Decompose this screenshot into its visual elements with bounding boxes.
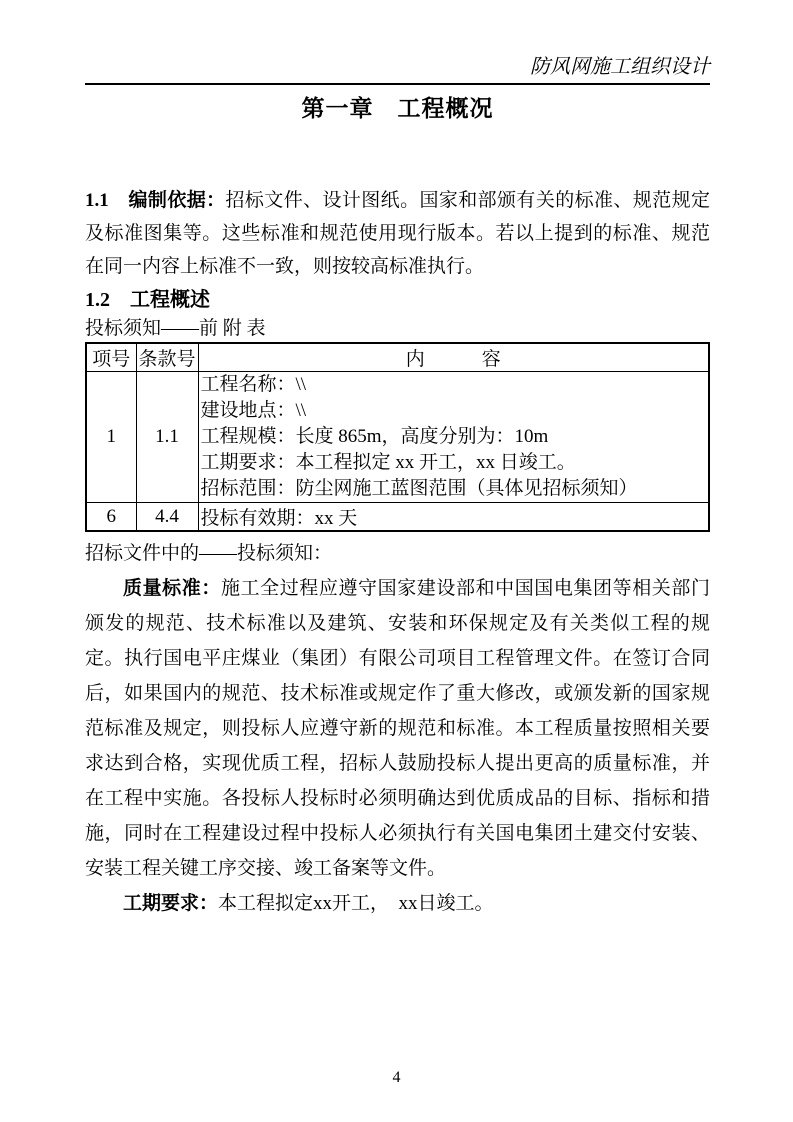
- table-caption: 投标须知——前 附 表: [85, 315, 710, 342]
- content-line: 工期要求：本工程拟定 xx 开工，xx 日竣工。: [201, 450, 707, 476]
- document-page: 防风网施工组织设计 第一章 工程概况 1.1 编制依据：招标文件、设计图纸。国家…: [0, 0, 793, 1122]
- cell-item-number: 1: [86, 372, 136, 503]
- content-line: 工程规模：长度 865m，高度分别为：10m: [201, 424, 707, 450]
- content-line: 工程名称：\\: [201, 372, 707, 398]
- quality-standard-label: 质量标准：: [123, 578, 221, 599]
- section-heading-1-2: 1.2 工程概述: [85, 285, 710, 315]
- table-row: 6 4.4 投标有效期：xx 天: [86, 503, 709, 532]
- cell-item-number: 6: [86, 503, 136, 532]
- paragraph-1-1-label: 1.1 编制依据：: [85, 190, 226, 211]
- bid-notice-table: 项号 条款号 内 容 1 1.1 工程名称：\\ 建设地点：\\ 工程规模：长度…: [85, 342, 710, 532]
- content-line: 建设地点：\\: [201, 398, 707, 424]
- duration-requirement-paragraph: 工期要求：本工程拟定xx开工， xx日竣工。: [85, 886, 710, 921]
- table-header-row: 项号 条款号 内 容: [86, 343, 709, 372]
- duration-requirement-text: 本工程拟定xx开工， xx日竣工。: [218, 893, 494, 914]
- quality-standard-paragraph: 质量标准：施工全过程应遵守国家建设部和中国国电集团等相关部门颁发的规范、技术标准…: [85, 571, 710, 886]
- duration-requirement-label: 工期要求：: [123, 893, 218, 914]
- content-line: 招标范围：防尘网施工蓝图范围（具体见招标须知）: [201, 476, 707, 502]
- table-row: 1 1.1 工程名称：\\ 建设地点：\\ 工程规模：长度 865m，高度分别为…: [86, 372, 709, 503]
- chapter-title: 第一章 工程概况: [85, 94, 710, 124]
- page-header-title: 防风网施工组织设计: [530, 56, 710, 78]
- quality-standard-text: 施工全过程应遵守国家建设部和中国国电集团等相关部门颁发的规范、技术标准以及建筑、…: [85, 578, 710, 879]
- column-header-item: 项号: [86, 343, 136, 372]
- page-number: 4: [0, 1068, 793, 1088]
- page-header: 防风网施工组织设计: [85, 55, 710, 85]
- column-header-content: 内 容: [198, 343, 709, 372]
- cell-content: 工程名称：\\ 建设地点：\\ 工程规模：长度 865m，高度分别为：10m 工…: [198, 372, 709, 503]
- paragraph-1-1: 1.1 编制依据：招标文件、设计图纸。国家和部颁有关的标准、规范规定及标准图集等…: [85, 184, 710, 283]
- cell-clause-number: 1.1: [136, 372, 198, 503]
- column-header-clause: 条款号: [136, 343, 198, 372]
- cell-content: 投标有效期：xx 天: [198, 503, 709, 532]
- notice-line: 招标文件中的——投标须知：: [85, 537, 710, 571]
- cell-clause-number: 4.4: [136, 503, 198, 532]
